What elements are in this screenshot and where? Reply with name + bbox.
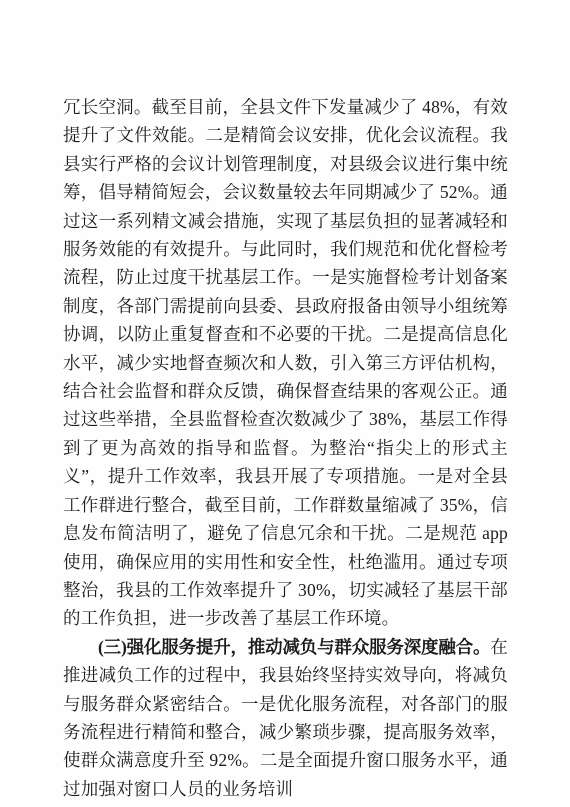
paragraph-continuation: 冗长空洞。截至目前，全县文件下发量减少了 48%，有效提升了文件效能。二是精简会… bbox=[63, 93, 508, 633]
document-text-block: 冗长空洞。截至目前，全县文件下发量减少了 48%，有效提升了文件效能。二是精简会… bbox=[63, 93, 508, 803]
section-three-heading: (三)强化服务提升，推动减负与群众服务深度融合。 bbox=[98, 637, 490, 657]
paragraph-section-three: (三)强化服务提升，推动减负与群众服务深度融合。在推进减负工作的过程中，我县始终… bbox=[63, 633, 508, 803]
section-three-body: 在推进减负工作的过程中，我县始终坚持实效导向，将减负与服务群众紧密结合。一是优化… bbox=[63, 637, 508, 799]
document-page: 冗长空洞。截至目前，全县文件下发量减少了 48%，有效提升了文件效能。二是精简会… bbox=[0, 0, 570, 807]
